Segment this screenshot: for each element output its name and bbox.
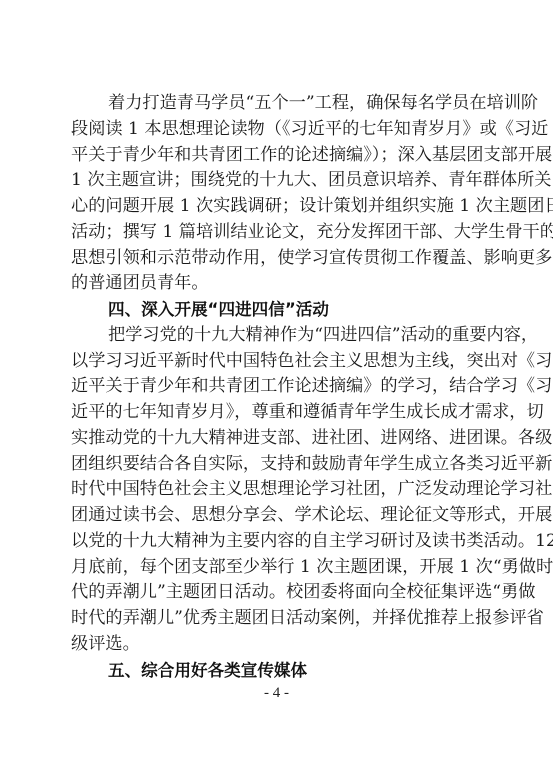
page-number: - 4 - [0, 685, 553, 702]
paragraph-line: 把学习党的十九大精神作为“四进四信”活动的重要内容， [71, 323, 487, 349]
paragraph-line: 以党的十九大精神为主要内容的自主学习研讨及读书类活动。12 [71, 529, 487, 555]
paragraph-line: 月底前，每个团支部至少举行 1 次主题团课，开展 1 次“勇做时 [71, 555, 487, 581]
paragraph-line: 代的弄潮儿”主题团日活动。校团委将面向全校征集评选“勇做 [71, 580, 487, 606]
paragraph-line: 以学习习近平新时代中国特色社会主义思想为主线，突出对《习 [71, 349, 487, 375]
paragraph-line: 时代的弄潮儿”优秀主题团日活动案例，并择优推荐上报参评省 [71, 606, 487, 632]
document-body: 着力打造青马学员“五个一”工程，确保每名学员在培训阶 段阅读 1 本思想理论读物… [71, 91, 487, 683]
paragraph-line: 的普通团员青年。 [71, 271, 487, 297]
section-heading-five: 五、综合用好各类宣传媒体 [71, 658, 487, 684]
section-heading-four: 四、深入开展“四进四信”活动 [71, 297, 487, 323]
paragraph-line: 1 次主题宣讲；围绕党的十九大、团员意识培养、青年群体所关 [71, 168, 487, 194]
paragraph-line: 时代中国特色社会主义思想理论学习社团，广泛发动理论学习社 [71, 477, 487, 503]
paragraph-line: 思想引领和示范带动作用，使学习宣传贯彻工作覆盖、影响更多 [71, 246, 487, 272]
paragraph-line: 级评选。 [71, 632, 487, 658]
paragraph-line: 活动；撰写 1 篇培训结业论文，充分发挥团干部、大学生骨干的 [71, 220, 487, 246]
document-page: 着力打造青马学员“五个一”工程，确保每名学员在培训阶 段阅读 1 本思想理论读物… [0, 0, 553, 782]
paragraph-line: 近平的七年知青岁月》，尊重和遵循青年学生成长成才需求，切 [71, 400, 487, 426]
paragraph-line: 团组织要结合各自实际，支持和鼓励青年学生成立各类习近平新 [71, 452, 487, 478]
paragraph-line: 着力打造青马学员“五个一”工程，确保每名学员在培训阶 [71, 91, 487, 117]
paragraph-line: 段阅读 1 本思想理论读物（《习近平的七年知青岁月》或《习近 [71, 117, 487, 143]
paragraph-line: 近平关于青少年和共青团工作论述摘编》的学习，结合学习《习 [71, 374, 487, 400]
paragraph-line: 心的问题开展 1 次实践调研；设计策划并组织实施 1 次主题团日 [71, 194, 487, 220]
paragraph-line: 平关于青少年和共青团工作的论述摘编》）；深入基层团支部开展 [71, 143, 487, 169]
paragraph-line: 团通过读书会、思想分享会、学术论坛、理论征文等形式，开展 [71, 503, 487, 529]
paragraph-line: 实推动党的十九大精神进支部、进社团、进网络、进团课。各级 [71, 426, 487, 452]
